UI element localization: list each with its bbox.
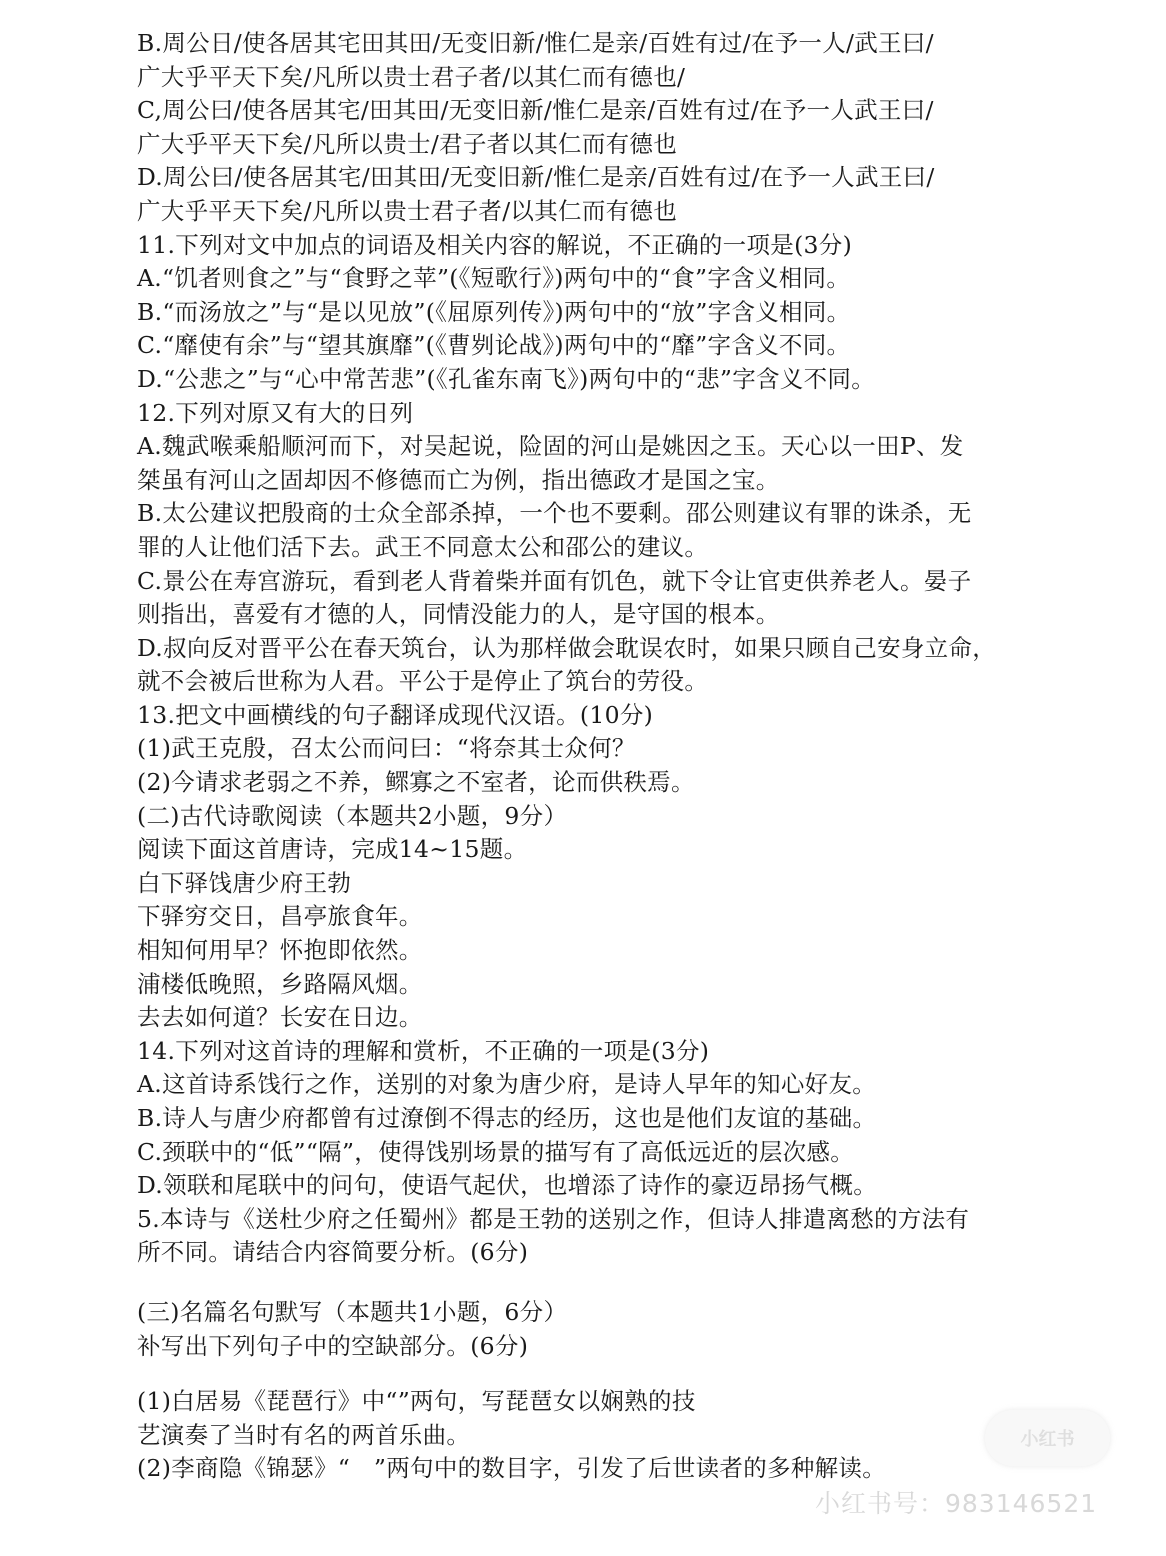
question-15: 5.本诗与《送杜少府之任蜀州》都是王勃的送别之作，但诗人排遣离愁的方法有 所不同… xyxy=(137,1203,1042,1270)
section-heading: (三)名篇名句默写（本题共1小题，6分） xyxy=(137,1296,1042,1330)
text-line: 桀虽有河山之固却因不修德而亡为例，指出德政才是国之宝。 xyxy=(137,464,1042,498)
section-instruction: 阅读下面这首唐诗，完成14~15题。 xyxy=(137,833,1042,867)
text-line: 就不会被后世称为人君。平公于是停止了筑台的劳役。 xyxy=(137,665,1042,699)
poem-line: 相知何用早？怀抱即依然。 xyxy=(137,934,1042,968)
text-line: 广大乎平天下矣/凡所以贵士君子者/以其仁而有德也 xyxy=(137,195,1042,229)
spacer xyxy=(137,1363,1042,1385)
q10-option-b: B.周公日/使各居其宅田其田/无变旧新/惟仁是亲/百姓有过/在予一人/武王曰/ … xyxy=(137,27,1042,94)
text-line: 广大乎平天下矣/凡所以贵士君子者/以其仁而有德也/ xyxy=(137,61,1042,95)
text-line: C,周公曰/使各居其宅/田其田/无变旧新/惟仁是亲/百姓有过/在予一人武王曰/ xyxy=(137,94,1042,128)
fill-item-2: (2)李商隐《锦瑟》“ ”两句中的数目字，引发了后世读者的多种解读。 xyxy=(137,1452,1042,1486)
question-stem: 13.把文中画横线的句子翻译成现代汉语。(10分) xyxy=(137,699,1042,733)
option-b: B.“而汤放之”与“是以见放”(《屈原列传》)两句中的“放”字含义相同。 xyxy=(137,296,1042,330)
option-c: C.景公在寿宫游玩，看到老人背着柴并面有饥色，就下令让官吏供养老人。晏子 xyxy=(137,565,1042,599)
text-line: D.周公曰/使各居其宅/田其田/无变旧新/惟仁是亲/百姓有过/在予一人武王曰/ xyxy=(137,161,1042,195)
translation-item-2: (2)今请求老弱之不养，鳏寡之不室者，论而供秩焉。 xyxy=(137,766,1042,800)
question-14: 14.下列对这首诗的理解和赏析，不正确的一项是(3分) A.这首诗系饯行之作，送… xyxy=(137,1035,1042,1203)
option-d: D.“公悲之”与“心中常苦悲”(《孔雀东南飞》)两句中的“悲”字含义不同。 xyxy=(137,363,1042,397)
option-b: B.太公建议把殷商的士众全部杀掉，一个也不要剩。邵公则建议有罪的诛杀，无 xyxy=(137,497,1042,531)
exam-page: B.周公日/使各居其宅田其田/无变旧新/惟仁是亲/百姓有过/在予一人/武王曰/ … xyxy=(137,27,1042,1486)
section-instruction: 补写出下列句子中的空缺部分。(6分) xyxy=(137,1330,1042,1364)
translation-item-1: (1)武王克殷，召太公而问曰：“将奈其士众何？ xyxy=(137,732,1042,766)
question-12: 12.下列对原又有大的日列 A.魏武喉乘船顺河而下，对吴起说，险固的河山是姚因之… xyxy=(137,397,1042,699)
option-a: A.魏武喉乘船顺河而下，对吴起说，险固的河山是姚因之玉。天心以一田P、发 xyxy=(137,430,1042,464)
poem-line: 去去如何道？长安在日边。 xyxy=(137,1001,1042,1035)
option-d: D.叔向反对晋平公在春天筑台，认为那样做会耽误农时，如果只顾自己安身立命， xyxy=(137,632,1042,666)
option-c: C.颈联中的“低”“隔”，使得饯别场景的描写有了高低远近的层次感。 xyxy=(137,1136,1042,1170)
spacer xyxy=(137,1270,1042,1296)
text-line: 则指出，喜爱有才德的人，同情没能力的人，是守国的根本。 xyxy=(137,598,1042,632)
option-a: A.这首诗系饯行之作，送别的对象为唐少府，是诗人早年的知心好友。 xyxy=(137,1068,1042,1102)
q10-option-c: C,周公曰/使各居其宅/田其田/无变旧新/惟仁是亲/百姓有过/在予一人武王曰/ … xyxy=(137,94,1042,161)
question-11: 11.下列对文中加点的词语及相关内容的解说，不正确的一项是(3分) A.“饥者则… xyxy=(137,229,1042,397)
text-line: 广大乎平天下矣/凡所以贵士/君子者以其仁而有德也 xyxy=(137,128,1042,162)
question-stem: 11.下列对文中加点的词语及相关内容的解说，不正确的一项是(3分) xyxy=(137,229,1042,263)
poem-line: 浦楼低晚照，乡路隔风烟。 xyxy=(137,968,1042,1002)
option-c: C.“靡使有余”与“望其旗靡”(《曹刿论战》)两句中的“靡”字含义不同。 xyxy=(137,329,1042,363)
poem-title: 白下驿饯唐少府王勃 xyxy=(137,867,1042,901)
question-13: 13.把文中画横线的句子翻译成现代汉语。(10分) (1)武王克殷，召太公而问曰… xyxy=(137,699,1042,800)
option-a: A.“饥者则食之”与“食野之苹”(《短歌行》)两句中的“食”字含义相同。 xyxy=(137,262,1042,296)
option-d: D.领联和尾联中的问句，使语气起伏，也增添了诗作的豪迈昂扬气概。 xyxy=(137,1169,1042,1203)
fill-item-1: (1)白居易《琵琶行》中“”两句，写琵琶女以娴熟的技 xyxy=(137,1385,1042,1419)
question-stem: 12.下列对原又有大的日列 xyxy=(137,397,1042,431)
question-stem: 14.下列对这首诗的理解和赏析，不正确的一项是(3分) xyxy=(137,1035,1042,1069)
text-line: 艺演奏了当时有名的两首乐曲。 xyxy=(137,1419,1042,1453)
section-recitation: (三)名篇名句默写（本题共1小题，6分） 补写出下列句子中的空缺部分。(6分) … xyxy=(137,1296,1042,1486)
section-heading: (二)古代诗歌阅读（本题共2小题，9分） xyxy=(137,800,1042,834)
watermark-account-id: 小红书号：983146521 xyxy=(815,1484,1097,1520)
text-line: 所不同。请结合内容简要分析。(6分) xyxy=(137,1236,1042,1270)
watermark-logo: 小红书 xyxy=(985,1410,1110,1466)
question-stem: 5.本诗与《送杜少府之任蜀州》都是王勃的送别之作，但诗人排遣离愁的方法有 xyxy=(137,1203,1042,1237)
option-b: B.诗人与唐少府都曾有过潦倒不得志的经历，这也是他们友谊的基础。 xyxy=(137,1102,1042,1136)
q10-option-d: D.周公曰/使各居其宅/田其田/无变旧新/惟仁是亲/百姓有过/在予一人武王曰/ … xyxy=(137,161,1042,228)
section-poetry: (二)古代诗歌阅读（本题共2小题，9分） 阅读下面这首唐诗，完成14~15题。 … xyxy=(137,800,1042,1035)
poem-line: 下驿穷交日，昌亭旅食年。 xyxy=(137,900,1042,934)
text-line: B.周公日/使各居其宅田其田/无变旧新/惟仁是亲/百姓有过/在予一人/武王曰/ xyxy=(137,27,1042,61)
text-line: 罪的人让他们活下去。武王不同意太公和邵公的建议。 xyxy=(137,531,1042,565)
